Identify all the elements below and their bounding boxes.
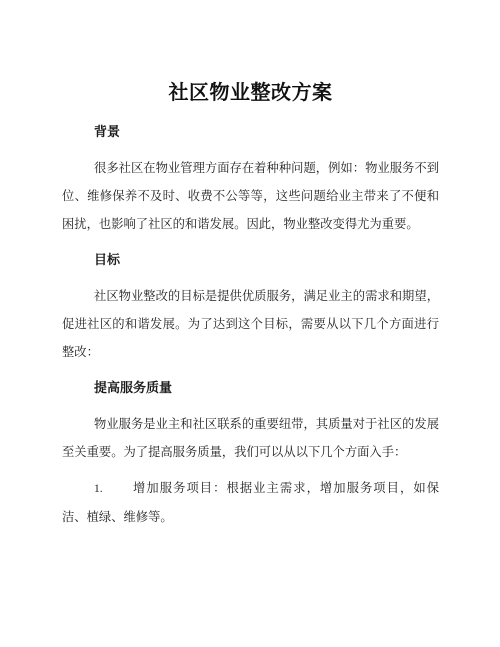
list-item-number: 1. — [94, 475, 132, 503]
document-title: 社区物业整改方案 — [62, 80, 439, 106]
section-heading-service-quality: 提高服务质量 — [62, 374, 439, 402]
paragraph-background: 很多社区在物业管理方面存在着种种问题，例如：物业服务不到位、维修保养不及时、收费… — [62, 154, 439, 238]
section-heading-background: 背景 — [62, 118, 439, 146]
section-goals: 目标 社区物业整改的目标是提供优质服务，满足业主的需求和期望，促进社区的和谐发展… — [62, 246, 439, 366]
section-background: 背景 很多社区在物业管理方面存在着种种问题，例如：物业服务不到位、维修保养不及时… — [62, 118, 439, 238]
list-item: 1.增加服务项目：根据业主需求，增加服务项目，如保洁、植绿、维修等。 — [62, 474, 439, 531]
paragraph-service-quality: 物业服务是业主和社区联系的重要纽带，其质量对于社区的发展至关重要。为了提高服务质… — [62, 410, 439, 466]
section-service-quality: 提高服务质量 物业服务是业主和社区联系的重要纽带，其质量对于社区的发展至关重要。… — [62, 374, 439, 531]
section-heading-goals: 目标 — [62, 246, 439, 274]
paragraph-goals: 社区物业整改的目标是提供优质服务，满足业主的需求和期望，促进社区的和谐发展。为了… — [62, 282, 439, 366]
document-page: 社区物业整改方案 背景 很多社区在物业管理方面存在着种种问题，例如：物业服务不到… — [0, 0, 500, 647]
